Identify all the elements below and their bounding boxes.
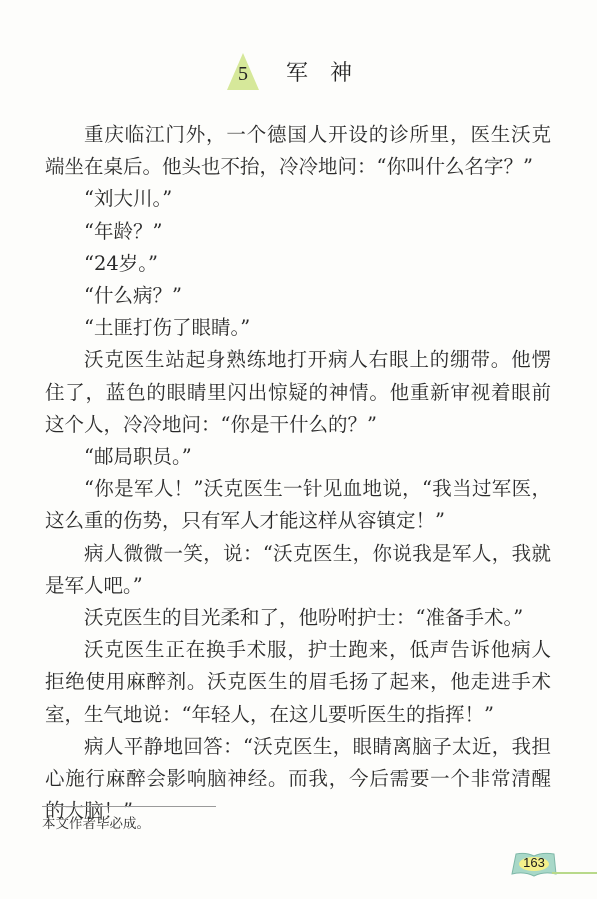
page-number: 163: [510, 855, 558, 870]
paragraph: “24岁。”: [45, 248, 551, 280]
page-number-badge: 163: [510, 850, 558, 878]
lesson-body: 重庆临江门外，一个德国人开设的诊所里，医生沃克端坐在桌后。他头也不抬，冷冷地问：…: [45, 119, 551, 827]
lesson-title: 军神: [286, 56, 374, 87]
paragraph: “什么病？”: [45, 280, 551, 312]
page-footer-line: [552, 872, 597, 874]
paragraph: “邮局职员。”: [45, 441, 551, 473]
paragraph: “年龄？”: [45, 216, 551, 248]
paragraph: “土匪打伤了眼睛。”: [45, 312, 551, 344]
paragraph: 沃克医生正在换手术服，护士跑来，低声告诉他病人拒绝使用麻醉剂。沃克医生的眉毛扬了…: [45, 634, 551, 731]
lesson-number: 5: [226, 63, 260, 86]
lesson-heading: 5 军神: [226, 50, 374, 92]
paragraph: “刘大川。”: [45, 183, 551, 215]
lesson-number-badge: 5: [226, 51, 260, 91]
paragraph: 沃克医生站起身熟练地打开病人右眼上的绷带。他愣住了，蓝色的眼睛里闪出惊疑的神情。…: [45, 344, 551, 441]
footnote: 本文作者毕必成。: [42, 812, 150, 832]
footnote-divider: [42, 806, 216, 807]
paragraph: 病人微微一笑，说：“沃克医生，你说我是军人，我就是军人吧。”: [45, 538, 551, 602]
paragraph: 沃克医生的目光柔和了，他吩咐护士：“准备手术。”: [45, 602, 551, 634]
paragraph: “你是军人！”沃克医生一针见血地说，“我当过军医，这么重的伤势，只有军人才能这样…: [45, 473, 551, 537]
paragraph: 重庆临江门外，一个德国人开设的诊所里，医生沃克端坐在桌后。他头也不抬，冷冷地问：…: [45, 119, 551, 183]
